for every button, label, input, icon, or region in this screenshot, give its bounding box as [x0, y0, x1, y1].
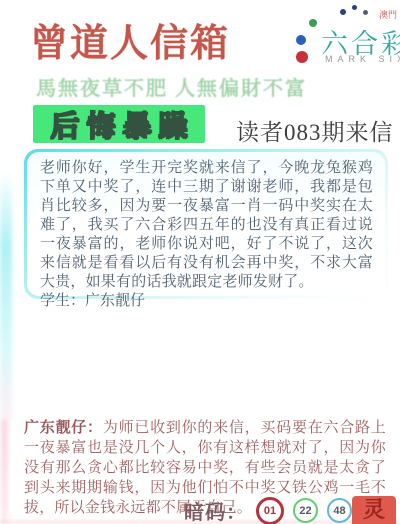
letter-signature: 学生：广东靓仔	[40, 292, 373, 311]
logo-dot-green	[309, 19, 317, 27]
page-edge-cyan	[0, 170, 12, 420]
mark-six-logo: 六合彩 澳門 MARK SIX	[283, 2, 397, 64]
code-label: 暗码：	[184, 496, 247, 524]
letter-box-inner: 老师你好，学生开完奖就来信了，今晚龙兔猴鸡下单又中奖了，连中三期了谢谢老师，我都…	[27, 152, 385, 296]
letter-body: 老师你好，学生开完奖就来信了，今晚龙兔猴鸡下单又中奖了，连中三期了谢谢老师，我都…	[40, 159, 373, 292]
issue-label: 读者083期来信	[236, 114, 394, 147]
logo-region-label: 澳門	[379, 8, 397, 21]
topic-badge: 后悔暴躁	[33, 105, 205, 143]
page-edge-pink	[1, 420, 8, 524]
logo-subtitle: MARK SIX	[325, 54, 400, 64]
reply-addressee: 广东靓仔：	[24, 420, 103, 436]
logo-dot-navy-1	[340, 9, 346, 15]
topic-badge-label: 后悔暴躁	[43, 104, 194, 145]
slogan: 馬無夜草不肥 人無偏財不富	[36, 72, 366, 101]
lottery-ball-48: 48	[327, 498, 352, 523]
logo-dot-red	[296, 51, 308, 63]
letter-box: 老师你好，学生开完奖就来信了，今晚龙兔猴鸡下单又中奖了，连中三期了谢谢老师，我都…	[24, 149, 388, 299]
page: 曾道人信箱 六合彩 澳門 MARK SIX 馬無夜草不肥 人無偏財不富 后悔暴躁…	[0, 0, 400, 524]
seal-char: 灵	[363, 496, 385, 524]
lottery-ball-01: 01	[256, 497, 284, 524]
seal-stamp: 灵	[352, 496, 396, 524]
lottery-ball-22: 22	[293, 498, 318, 523]
logo-dot-gray	[363, 10, 368, 15]
logo-dot-blue	[296, 35, 306, 45]
logo-dot-navy-2	[352, 5, 357, 10]
masthead-title: 曾道人信箱	[30, 12, 240, 67]
